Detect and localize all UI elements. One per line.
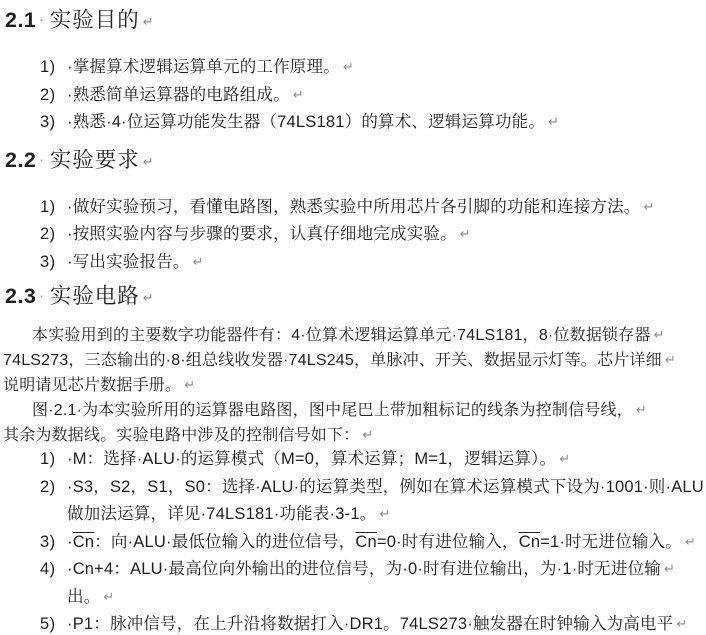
list-number: 3) (40, 109, 67, 137)
heading-number: 2.1 (5, 8, 36, 32)
list-item: 1)·做好实验预习，看懂电路图，熟悉实验中所用芯片各引脚的功能和连接方法。↵ (0, 194, 706, 222)
list-number: 5) (40, 611, 67, 635)
list-text: =1·时无进位输入。 (540, 533, 682, 551)
section-heading-2-3: 2.3·实验电路↵ (5, 282, 706, 310)
list-text: ·熟悉简单运算器的电路组成。 (67, 86, 290, 104)
heading-title: 实验目的 (50, 8, 140, 32)
paragraph-mark: ↵ (193, 255, 204, 270)
list-number: 1) (40, 54, 67, 82)
paragraph-text: 图·2.1·为本实验所用的运算器电路图，图中尾巴上带加粗标记的线条为控制信号线， (32, 402, 633, 419)
list-2-2: 1)·做好实验预习，看懂电路图，熟悉实验中所用芯片各引脚的功能和连接方法。↵ 2… (0, 194, 706, 277)
list-item: 2)·熟悉简单运算器的电路组成。↵ (0, 82, 706, 110)
paragraph-text: 说明请见芯片数据手册。 (3, 377, 181, 394)
space-mark: · (39, 12, 43, 27)
paragraph-devices: 本实验用到的主要数字功能器件有：4·位算术逻辑运算单元·74LS181，8·位数… (0, 323, 706, 398)
paragraph-figure: 图·2.1·为本实验所用的运算器电路图，图中尾巴上带加粗标记的线条为控制信号线，… (0, 398, 706, 448)
paragraph-line: 图·2.1·为本实验所用的运算器电路图，图中尾巴上带加粗标记的线条为控制信号线，… (0, 398, 706, 423)
paragraph-mark: ↵ (676, 617, 687, 632)
section-heading-2-1: 2.1·实验目的↵ (5, 6, 706, 34)
paragraph-mark: ↵ (664, 562, 675, 577)
list-item-cn: 3)·Cn：向·ALU·最低位输入的进位信号，Cn=0·时有进位输入，Cn=1·… (0, 529, 706, 557)
list-text: ·S3，S2，S1，S0：选择·ALU·的运算类型，例如在算术运算模式下设为·1… (67, 478, 704, 496)
list-item-cn4: 4)·Cn+4：ALU·最高位向外输出的进位信号，为·0·时有进位输出，为·1·… (0, 556, 706, 584)
list-text: ·做好实验预习，看懂电路图，熟悉实验中所用芯片各引脚的功能和连接方法。 (67, 198, 641, 216)
paragraph-line: 本实验用到的主要数字功能器件有：4·位算术逻辑运算单元·74LS181，8·位数… (0, 323, 706, 348)
list-number: 4) (40, 556, 67, 584)
paragraph-line: 说明请见芯片数据手册。↵ (0, 373, 706, 398)
list-item: 3)·熟悉·4·位运算功能发生器（74LS181）的算术、逻辑运算功能。↵ (0, 109, 706, 137)
heading-number: 2.2 (5, 148, 36, 172)
overline-cn: Cn (355, 533, 377, 551)
paragraph-mark: ↵ (379, 507, 390, 522)
paragraph-line: 74LS273，三态输出的·8·组总线收发器·74LS245，单脉冲、开关、数据… (0, 348, 706, 373)
space-mark: · (39, 288, 43, 303)
list-item-s3s0-continuation: 做加法运算，详见·74LS181·功能表·3-1。↵ (0, 501, 706, 529)
list-item-cn4-continuation: 出。↵ (0, 584, 706, 612)
list-item-p1: 5)·P1：脉冲信号，在上升沿将数据打入·DR1。74LS273·触发器在时钟输… (0, 611, 706, 635)
list-number: 2) (40, 82, 67, 110)
paragraph-mark: ↵ (665, 353, 676, 368)
list-number: 1) (40, 446, 67, 474)
list-text: ·写出实验报告。 (67, 253, 190, 271)
paragraph-text: 74LS273，三态输出的·8·组总线收发器·74LS245，单脉冲、开关、数据… (3, 352, 662, 369)
overline-cn: Cn (519, 533, 541, 551)
paragraph-mark: ↵ (103, 590, 114, 605)
list-item: 2)·按照实验内容与步骤的要求，认真仔细地完成实验。↵ (0, 221, 706, 249)
space-mark: · (39, 152, 43, 167)
heading-number: 2.3 (5, 284, 36, 308)
list-item: 1)·掌握算术逻辑运算单元的工作原理。↵ (0, 54, 706, 82)
list-2-1: 1)·掌握算术逻辑运算单元的工作原理。↵ 2)·熟悉简单运算器的电路组成。↵ 3… (0, 54, 706, 137)
document-page: 2.1·实验目的↵ 1)·掌握算术逻辑运算单元的工作原理。↵ 2)·熟悉简单运算… (0, 6, 706, 635)
list-text: ·M：选择·ALU·的运算模式（M=0，算术运算；M=1，逻辑运算）。 (67, 450, 556, 468)
list-item: 3)·写出实验报告。↵ (0, 249, 706, 277)
paragraph-mark: ↵ (343, 60, 354, 75)
paragraph-mark: ↵ (143, 155, 154, 170)
list-item-s3s0: 2)·S3，S2，S1，S0：选择·ALU·的运算类型，例如在算术运算模式下设为… (0, 474, 706, 502)
list-text: ·熟悉·4·位运算功能发生器（74LS181）的算术、逻辑运算功能。 (67, 113, 545, 131)
section-heading-2-2: 2.2·实验要求↵ (5, 146, 706, 174)
list-number: 2) (40, 474, 67, 502)
paragraph-line: 其余为数据线。实验电路中涉及的控制信号如下：↵ (0, 423, 706, 448)
overline-cn: Cn (73, 533, 95, 551)
paragraph-mark: ↵ (143, 15, 154, 30)
list-number: 3) (40, 529, 67, 557)
paragraph-text: 本实验用到的主要数字功能器件有：4·位算术逻辑运算单元·74LS181，8·位数… (32, 327, 651, 344)
list-text: 做加法运算，详见·74LS181·功能表·3-1。 (67, 505, 376, 523)
list-text: ·P1：脉冲信号，在上升沿将数据打入·DR1。74LS273·触发器在时钟输入为… (67, 615, 673, 633)
paragraph-mark: ↵ (362, 428, 373, 443)
list-text: =0·时有进位输入， (377, 533, 519, 551)
list-number: 2) (40, 221, 67, 249)
list-text: 出。 (67, 588, 100, 606)
paragraph-mark: ↵ (293, 88, 304, 103)
list-text: ·按照实验内容与步骤的要求，认真仔细地完成实验。 (67, 225, 457, 243)
paragraph-mark: ↵ (460, 227, 471, 242)
paragraph-mark: ↵ (143, 291, 154, 306)
list-number: 1) (40, 194, 67, 222)
list-number: 3) (40, 249, 67, 277)
paragraph-mark: ↵ (184, 378, 195, 393)
paragraph-mark: ↵ (685, 535, 696, 550)
list-text: ：向·ALU·最低位输入的进位信号， (94, 533, 355, 551)
paragraph-mark: ↵ (644, 200, 655, 215)
heading-title: 实验要求 (50, 148, 140, 172)
heading-title: 实验电路 (50, 284, 140, 308)
paragraph-mark: ↵ (548, 115, 559, 130)
list-2-3: 1)·M：选择·ALU·的运算模式（M=0，算术运算；M=1，逻辑运算）。↵ 2… (0, 446, 706, 635)
paragraph-text: 其余为数据线。实验电路中涉及的控制信号如下： (3, 427, 359, 444)
paragraph-mark: ↵ (636, 403, 647, 418)
list-text: ·掌握算术逻辑运算单元的工作原理。 (67, 58, 340, 76)
paragraph-mark: ↵ (654, 328, 665, 343)
list-text: ·Cn+4：ALU·最高位向外输出的进位信号，为·0·时有进位输出，为·1·时无… (67, 560, 661, 578)
list-item-m: 1)·M：选择·ALU·的运算模式（M=0，算术运算；M=1，逻辑运算）。↵ (0, 446, 706, 474)
paragraph-mark: ↵ (559, 452, 570, 467)
